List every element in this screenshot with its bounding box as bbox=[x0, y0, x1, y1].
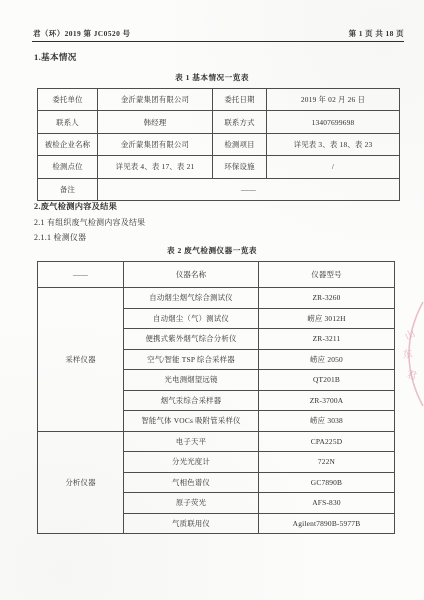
instrument-model: ZR-3700A bbox=[259, 390, 395, 411]
cell-value: 13407699698 bbox=[267, 111, 400, 133]
instrument-model: QT201B bbox=[259, 370, 395, 391]
cell-label: 联系人 bbox=[38, 111, 98, 133]
seal-char: 君 bbox=[405, 368, 418, 382]
instrument-name: 自动烟尘（气）测试仪 bbox=[124, 308, 259, 329]
cell-label: 检测点位 bbox=[38, 156, 98, 178]
red-seal-partial-stamp: 山 东 君 bbox=[394, 298, 424, 410]
header-divider bbox=[32, 41, 404, 42]
table-header-row: —— 仪器名称 仪器型号 bbox=[38, 262, 395, 288]
instrument-name: 便携式紫外烟气综合分析仪 bbox=[124, 329, 259, 350]
cell-label: 委托单位 bbox=[38, 89, 98, 111]
table1-caption: 表 1 基本情况一览表 bbox=[0, 72, 424, 83]
table2-caption: 表 2 废气检测仪器一览表 bbox=[0, 245, 424, 256]
instrument-model: CPA225D bbox=[259, 431, 395, 452]
instrument-model: AFS-830 bbox=[259, 493, 395, 514]
cell-label: 委托日期 bbox=[213, 89, 267, 111]
instrument-model: Agilent7890B-5977B bbox=[259, 513, 395, 534]
scanned-report-page: 君（环）2019 第 JC0520 号 第 1 页 共 18 页 1.基本情况 … bbox=[0, 0, 424, 600]
seal-arc bbox=[409, 302, 423, 406]
basic-info-table: 委托单位 金沂蒙集团有限公司 委托日期 2019 年 02 月 26 日 联系人… bbox=[37, 88, 400, 201]
page-header: 君（环）2019 第 JC0520 号 第 1 页 共 18 页 bbox=[33, 28, 404, 39]
instrument-model: ZR-3260 bbox=[259, 288, 395, 309]
section-2-1-1-title: 2.1.1 检测仪器 bbox=[34, 232, 86, 243]
instrument-model: 崂应 3012H bbox=[259, 308, 395, 329]
section-2-title: 2.废气检测内容及结果 bbox=[34, 201, 117, 212]
cell-label: 联系方式 bbox=[213, 111, 267, 133]
table-row: 委托单位 金沂蒙集团有限公司 委托日期 2019 年 02 月 26 日 bbox=[38, 89, 400, 111]
instrument-name: 智能气体 VOCs 吸附管采样仪 bbox=[124, 411, 259, 432]
header-cell: 仪器名称 bbox=[124, 262, 259, 288]
section-1-title: 1.基本情况 bbox=[34, 51, 77, 63]
cell-value: 2019 年 02 月 26 日 bbox=[267, 89, 400, 111]
cell-value: 金沂蒙集团有限公司 bbox=[98, 89, 213, 111]
instrument-name: 光电测烟望远镜 bbox=[124, 370, 259, 391]
seal-char: 山 bbox=[402, 326, 417, 342]
table-row: 采样仪器 自动烟尘烟气综合测试仪 ZR-3260 bbox=[38, 288, 395, 309]
cell-value: 金沂蒙集团有限公司 bbox=[98, 133, 213, 155]
header-cell: 仪器型号 bbox=[259, 262, 395, 288]
cell-label: 环保设施 bbox=[213, 156, 267, 178]
instrument-name: 气相色谱仪 bbox=[124, 472, 259, 493]
instrument-name: 电子天平 bbox=[124, 431, 259, 452]
instrument-name: 气质联用仪 bbox=[124, 513, 259, 534]
cell-label: 被检企业名称 bbox=[38, 133, 98, 155]
instrument-model: GC7890B bbox=[259, 472, 395, 493]
instrument-name: 原子荧光 bbox=[124, 493, 259, 514]
page-number: 第 1 页 共 18 页 bbox=[349, 28, 404, 39]
cell-value: 详见表 4、表 17、表 21 bbox=[98, 156, 213, 178]
instrument-name: 自动烟尘烟气综合测试仪 bbox=[124, 288, 259, 309]
cell-value: 详见表 3、表 18、表 23 bbox=[267, 133, 400, 155]
seal-char: 东 bbox=[402, 347, 413, 361]
cell-value: / bbox=[267, 156, 400, 178]
cell-value: 韩经理 bbox=[98, 111, 213, 133]
table-row: 检测点位 详见表 4、表 17、表 21 环保设施 / bbox=[38, 156, 400, 178]
category-cell: 采样仪器 bbox=[38, 288, 124, 432]
table-row: 备注 —— bbox=[38, 178, 400, 200]
instrument-model: ZR-3211 bbox=[259, 329, 395, 350]
instrument-name: 烟气汞综合采样器 bbox=[124, 390, 259, 411]
instrument-name: 分光光度计 bbox=[124, 452, 259, 473]
category-cell: 分析仪器 bbox=[38, 431, 124, 534]
section-2-1-title: 2.1 有组织废气检测内容及结果 bbox=[34, 217, 145, 228]
table-row: 联系人 韩经理 联系方式 13407699698 bbox=[38, 111, 400, 133]
instrument-model: 崂应 3038 bbox=[259, 411, 395, 432]
cell-label: 检测项目 bbox=[213, 133, 267, 155]
report-number: 君（环）2019 第 JC0520 号 bbox=[33, 28, 130, 39]
instrument-name: 空气/智能 TSP 综合采样器 bbox=[124, 349, 259, 370]
instrument-model: 722N bbox=[259, 452, 395, 473]
cell-label: 备注 bbox=[38, 178, 98, 200]
cell-value: —— bbox=[98, 178, 400, 200]
instrument-table: —— 仪器名称 仪器型号 采样仪器 自动烟尘烟气综合测试仪 ZR-3260 自动… bbox=[37, 261, 395, 534]
table-row: 分析仪器 电子天平 CPA225D bbox=[38, 431, 395, 452]
table-row: 被检企业名称 金沂蒙集团有限公司 检测项目 详见表 3、表 18、表 23 bbox=[38, 133, 400, 155]
header-cell: —— bbox=[38, 262, 124, 288]
instrument-model: 崂应 2050 bbox=[259, 349, 395, 370]
